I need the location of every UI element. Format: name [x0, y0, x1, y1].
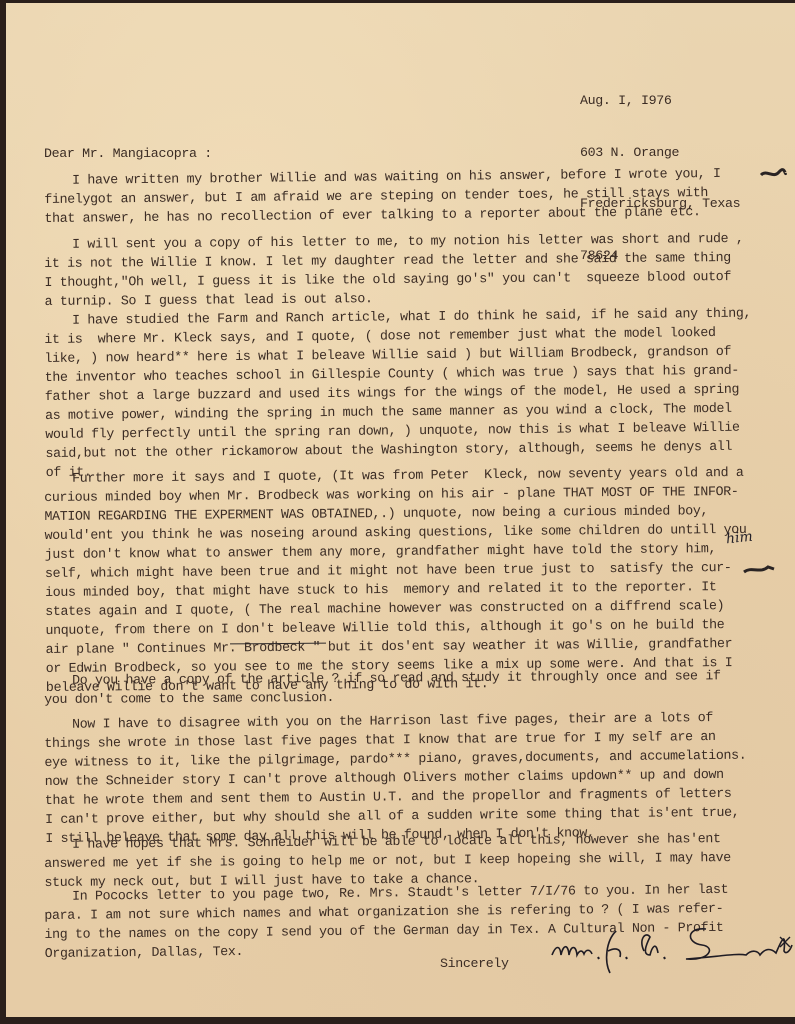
- text-line: you don't come to the same conclusion.: [44, 685, 794, 709]
- paragraph-3: I have studied the Farm and Ranch articl…: [44, 303, 795, 482]
- handwritten-signature: Mrs. J. A. Staudt: [546, 921, 795, 981]
- paragraph-1: I have written my brother Willie and was…: [44, 163, 795, 228]
- closing: Sincerely: [440, 955, 509, 973]
- paragraph-2: I will sent you a copy of his letter to …: [44, 228, 795, 311]
- ink-strikeout-mark: [742, 563, 776, 577]
- salutation: Dear Mr. Mangiacopra :: [44, 145, 212, 163]
- letter-date: Aug. I, I976: [580, 93, 740, 109]
- paragraph-5: Do you have a copy of the article ? if s…: [44, 666, 794, 709]
- paragraph-6: Now I have to disagree with you on the H…: [44, 707, 795, 848]
- address-street: 603 N. Orange: [580, 145, 740, 161]
- paragraph-4: Further more it says and I quote, (It wa…: [44, 462, 795, 697]
- handwritten-margin-note: him: [725, 529, 753, 548]
- ink-strikeout-mark: [759, 167, 787, 181]
- letter-paper: Aug. I, I976 603 N. Orange Fredericksbur…: [6, 3, 795, 1017]
